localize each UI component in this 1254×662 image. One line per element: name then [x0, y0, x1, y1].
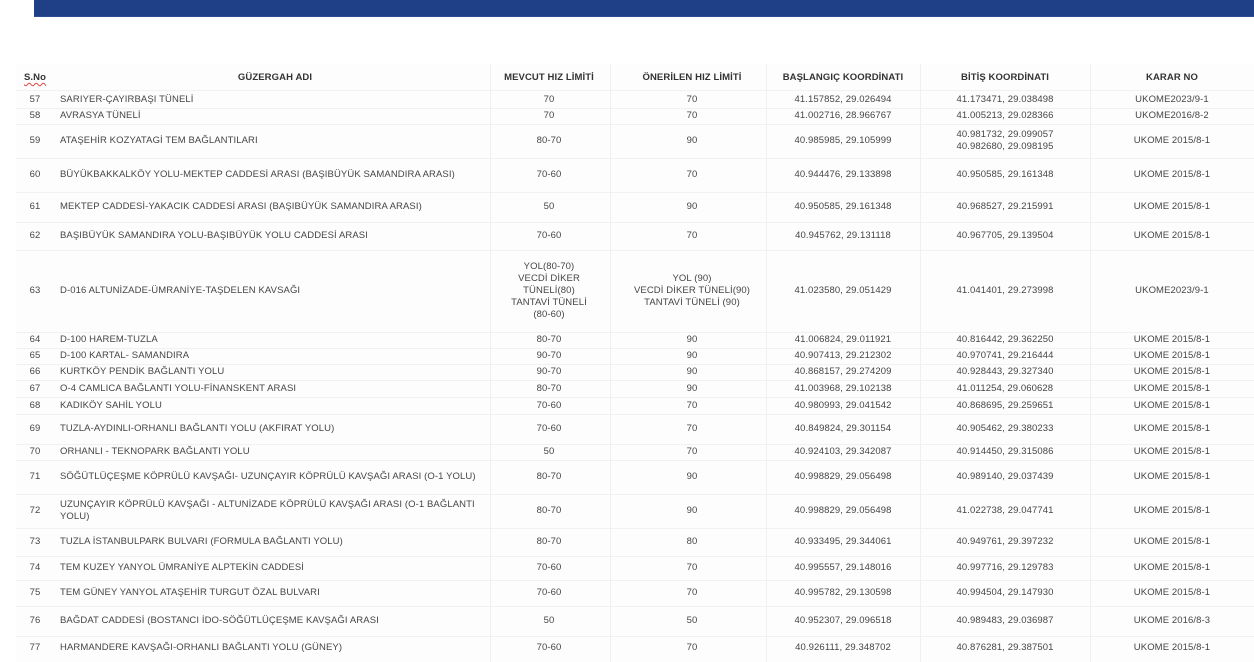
header-proposed-limit: ÖNERİLEN HIZ LİMİTİ — [612, 68, 772, 88]
row-sno: 71 — [18, 460, 52, 494]
row-sno: 64 — [18, 332, 52, 348]
row-sno: 58 — [18, 108, 52, 124]
start-coordinate: 40.924103, 29.342087 — [766, 444, 920, 460]
end-coordinate: 40.876281, 29.387501 — [920, 634, 1090, 662]
route-name: KURTKÖY PENDİK BAĞLANTI YOLU — [60, 364, 490, 380]
proposed-speed-limit: 70 — [612, 580, 772, 606]
start-coordinate: 41.157852, 29.026494 — [766, 92, 920, 108]
current-speed-limit: 70-60 — [490, 222, 608, 250]
header-divider — [16, 90, 1254, 91]
current-speed-limit: 70-60 — [490, 414, 608, 444]
row-sno: 75 — [18, 580, 52, 606]
end-coordinate: 41.005213, 29.028366 — [920, 108, 1090, 124]
proposed-speed-limit: 90 — [612, 494, 772, 528]
decision-no: UKOME 2015/8-1 — [1090, 348, 1254, 364]
end-coordinate: 41.041401, 29.273998 — [920, 250, 1090, 332]
decision-no: UKOME 2015/8-1 — [1090, 494, 1254, 528]
row-sno: 67 — [18, 380, 52, 397]
current-speed-limit: 70-60 — [490, 158, 608, 192]
row-sno: 68 — [18, 397, 52, 414]
proposed-speed-limit: YOL (90) VECDİ DİKER TÜNELİ(90) TANTAVİ … — [612, 250, 772, 332]
route-name: O-4 CAMLICA BAĞLANTI YOLU-FİNANSKENT ARA… — [60, 380, 490, 397]
decision-no: UKOME 2016/8-3 — [1090, 606, 1254, 636]
current-speed-limit: 70 — [490, 108, 608, 124]
proposed-speed-limit: 70 — [612, 92, 772, 108]
end-coordinate: 40.949761, 29.397232 — [920, 528, 1090, 556]
route-name: TUZLA-AYDINLI-ORHANLI BAĞLANTI YOLU (AKF… — [60, 414, 490, 444]
current-speed-limit: 80-70 — [490, 460, 608, 494]
current-speed-limit: 70-60 — [490, 397, 608, 414]
start-coordinate: 40.944476, 29.133898 — [766, 158, 920, 192]
current-speed-limit: 70-60 — [490, 556, 608, 580]
route-name: D-100 HAREM-TUZLA — [60, 332, 490, 348]
end-coordinate: 41.173471, 29.038498 — [920, 92, 1090, 108]
route-name: BÜYÜKBAKKALKÖY YOLU-MEKTEP CADDESİ ARASI… — [60, 158, 490, 192]
proposed-speed-limit: 70 — [612, 158, 772, 192]
decision-no: UKOME2016/8-2 — [1090, 108, 1254, 124]
proposed-speed-limit: 90 — [612, 364, 772, 380]
header-route-name: GÜZERGAH ADI — [60, 68, 490, 88]
route-name: TUZLA İSTANBULPARK BULVARI (FORMULA BAĞL… — [60, 528, 490, 556]
proposed-speed-limit: 90 — [612, 380, 772, 397]
end-coordinate: 40.868695, 29.259651 — [920, 397, 1090, 414]
end-coordinate: 40.967705, 29.139504 — [920, 222, 1090, 250]
end-coordinate: 40.994504, 29.147930 — [920, 580, 1090, 606]
end-coordinate: 40.989140, 29.037439 — [920, 460, 1090, 494]
row-sno: 70 — [18, 444, 52, 460]
start-coordinate: 40.998829, 29.056498 — [766, 460, 920, 494]
proposed-speed-limit: 50 — [612, 606, 772, 636]
start-coordinate: 40.950585, 29.161348 — [766, 192, 920, 222]
start-coordinate: 40.998829, 29.056498 — [766, 494, 920, 528]
header-start-coordinate: BAŞLANGIÇ KOORDİNATI — [766, 68, 920, 88]
route-name: TEM KUZEY YANYOL ÜMRANİYE ALPTEKİN CADDE… — [60, 556, 490, 580]
end-coordinate: 40.928443, 29.327340 — [920, 364, 1090, 380]
column-divider — [610, 64, 611, 662]
row-sno: 61 — [18, 192, 52, 222]
current-speed-limit: 70-60 — [490, 580, 608, 606]
current-speed-limit: 50 — [490, 606, 608, 636]
decision-no: UKOME 2015/8-1 — [1090, 397, 1254, 414]
route-name: D-016 ALTUNİZADE-ÜMRANİYE-TAŞDELEN KAVSA… — [60, 250, 490, 332]
proposed-speed-limit: 70 — [612, 556, 772, 580]
decision-no: UKOME 2015/8-1 — [1090, 380, 1254, 397]
start-coordinate: 40.995557, 29.148016 — [766, 556, 920, 580]
route-name: BAŞIBÜYÜK SAMANDIRA YOLU-BAŞIBÜYÜK YOLU … — [60, 222, 490, 250]
current-speed-limit: 90-70 — [490, 348, 608, 364]
route-name: ATAŞEHİR KOZYATAGİ TEM BAĞLANTILARI — [60, 124, 490, 158]
decision-no: UKOME 2015/8-1 — [1090, 222, 1254, 250]
route-name: SÖĞÜTLÜÇEŞME KÖPRÜLÜ KAVŞAĞI- UZUNÇAYIR … — [60, 460, 490, 494]
row-sno: 77 — [18, 634, 52, 662]
start-coordinate: 40.945762, 29.131118 — [766, 222, 920, 250]
route-name: TEM GÜNEY YANYOL ATAŞEHİR TURGUT ÖZAL BU… — [60, 580, 490, 606]
decision-no: UKOME 2015/8-1 — [1090, 444, 1254, 460]
current-speed-limit: 50 — [490, 444, 608, 460]
end-coordinate: 40.981732, 29.099057 40.982680, 29.09819… — [920, 124, 1090, 158]
row-sno: 69 — [18, 414, 52, 444]
start-coordinate: 40.868157, 29.274209 — [766, 364, 920, 380]
start-coordinate: 40.980993, 29.041542 — [766, 397, 920, 414]
decision-no: UKOME 2015/8-1 — [1090, 414, 1254, 444]
row-sno: 62 — [18, 222, 52, 250]
decision-no: UKOME 2015/8-1 — [1090, 332, 1254, 348]
start-coordinate: 40.926111, 29.348702 — [766, 634, 920, 662]
current-speed-limit: 80-70 — [490, 380, 608, 397]
start-coordinate: 40.995782, 29.130598 — [766, 580, 920, 606]
current-speed-limit: 80-70 — [490, 332, 608, 348]
end-coordinate: 40.989483, 29.036987 — [920, 606, 1090, 636]
decision-no: UKOME 2015/8-1 — [1090, 528, 1254, 556]
start-coordinate: 40.933495, 29.344061 — [766, 528, 920, 556]
row-sno: 60 — [18, 158, 52, 192]
start-coordinate: 40.952307, 29.096518 — [766, 606, 920, 636]
current-speed-limit: YOL(80-70) VECDİ DİKER TÜNELİ(80) TANTAV… — [490, 250, 608, 332]
row-sno: 66 — [18, 364, 52, 380]
start-coordinate: 41.006824, 29.011921 — [766, 332, 920, 348]
proposed-speed-limit: 70 — [612, 222, 772, 250]
row-sno: 63 — [18, 250, 52, 332]
decision-no: UKOME 2015/8-1 — [1090, 158, 1254, 192]
start-coordinate: 41.023580, 29.051429 — [766, 250, 920, 332]
decision-no: UKOME 2015/8-1 — [1090, 580, 1254, 606]
decision-no: UKOME2023/9-1 — [1090, 250, 1254, 332]
proposed-speed-limit: 90 — [612, 124, 772, 158]
proposed-speed-limit: 90 — [612, 348, 772, 364]
header-sno-label: S.No — [24, 72, 46, 84]
start-coordinate: 41.002716, 28.966767 — [766, 108, 920, 124]
decision-no: UKOME 2015/8-1 — [1090, 460, 1254, 494]
route-name: MEKTEP CADDESİ-YAKACIK CADDESİ ARASI (BA… — [60, 192, 490, 222]
current-speed-limit: 70-60 — [490, 634, 608, 662]
end-coordinate: 40.997716, 29.129783 — [920, 556, 1090, 580]
decision-no: UKOME 2015/8-1 — [1090, 556, 1254, 580]
proposed-speed-limit: 80 — [612, 528, 772, 556]
proposed-speed-limit: 70 — [612, 397, 772, 414]
current-speed-limit: 90-70 — [490, 364, 608, 380]
row-sno: 73 — [18, 528, 52, 556]
row-sno: 57 — [18, 92, 52, 108]
proposed-speed-limit: 90 — [612, 460, 772, 494]
route-name: UZUNÇAYIR KÖPRÜLÜ KAVŞAĞI - ALTUNİZADE K… — [60, 494, 490, 528]
end-coordinate: 41.011254, 29.060628 — [920, 380, 1090, 397]
proposed-speed-limit: 90 — [612, 332, 772, 348]
decision-no: UKOME 2015/8-1 — [1090, 124, 1254, 158]
end-coordinate: 40.816442, 29.362250 — [920, 332, 1090, 348]
end-coordinate: 40.970741, 29.216444 — [920, 348, 1090, 364]
proposed-speed-limit: 70 — [612, 108, 772, 124]
header-current-limit: MEVCUT HIZ LİMİTİ — [490, 68, 608, 88]
start-coordinate: 40.907413, 29.212302 — [766, 348, 920, 364]
decision-no: UKOME2023/9-1 — [1090, 92, 1254, 108]
route-name: BAĞDAT CADDESİ (BOSTANCI İDO-SÖĞÜTLÜÇEŞM… — [60, 606, 490, 636]
current-speed-limit: 80-70 — [490, 494, 608, 528]
start-coordinate: 41.003968, 29.102138 — [766, 380, 920, 397]
row-sno: 65 — [18, 348, 52, 364]
end-coordinate: 40.905462, 29.380233 — [920, 414, 1090, 444]
current-speed-limit: 50 — [490, 192, 608, 222]
row-sno: 72 — [18, 494, 52, 528]
current-speed-limit: 70 — [490, 92, 608, 108]
header-sno: S.No — [18, 68, 52, 88]
route-name: ORHANLI - TEKNOPARK BAĞLANTI YOLU — [60, 444, 490, 460]
proposed-speed-limit: 70 — [612, 444, 772, 460]
header-end-coordinate: BİTİŞ KOORDİNATI — [920, 68, 1090, 88]
decision-no: UKOME 2015/8-1 — [1090, 634, 1254, 662]
row-sno: 59 — [18, 124, 52, 158]
start-coordinate: 40.849824, 29.301154 — [766, 414, 920, 444]
start-coordinate: 40.985985, 29.105999 — [766, 124, 920, 158]
end-coordinate: 40.950585, 29.161348 — [920, 158, 1090, 192]
route-name: HARMANDERE KAVŞAĞI-ORHANLI BAĞLANTI YOLU… — [60, 634, 490, 662]
decision-no: UKOME 2015/8-1 — [1090, 192, 1254, 222]
route-name: AVRASYA TÜNELİ — [60, 108, 490, 124]
proposed-speed-limit: 90 — [612, 192, 772, 222]
current-speed-limit: 80-70 — [490, 124, 608, 158]
route-name: SARIYER-ÇAYIRBAŞI TÜNELİ — [60, 92, 490, 108]
route-name: KADIKÖY SAHİL YOLU — [60, 397, 490, 414]
decision-no: UKOME 2015/8-1 — [1090, 364, 1254, 380]
row-sno: 76 — [18, 606, 52, 636]
header-banner — [34, 0, 1254, 17]
route-name: D-100 KARTAL- SAMANDIRA — [60, 348, 490, 364]
end-coordinate: 40.914450, 29.315086 — [920, 444, 1090, 460]
row-sno: 74 — [18, 556, 52, 580]
end-coordinate: 41.022738, 29.047741 — [920, 494, 1090, 528]
proposed-speed-limit: 70 — [612, 414, 772, 444]
current-speed-limit: 80-70 — [490, 528, 608, 556]
header-decision-no: KARAR NO — [1090, 68, 1254, 88]
end-coordinate: 40.968527, 29.215991 — [920, 192, 1090, 222]
proposed-speed-limit: 70 — [612, 634, 772, 662]
